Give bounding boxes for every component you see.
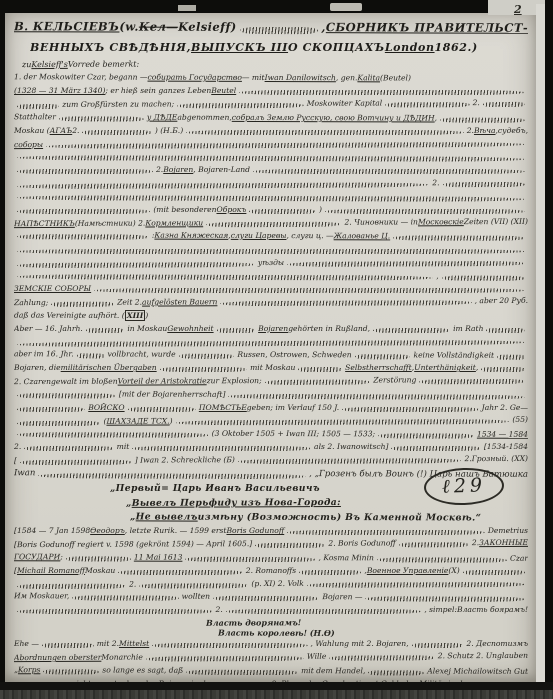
handwriting-text: Ѳеодоръ xyxy=(90,526,125,535)
handwriting-scrawl xyxy=(17,262,255,268)
handwriting-text: zum Großfürsten zu machen; xyxy=(62,100,174,109)
handwriting-text: 2. xyxy=(473,98,480,107)
handwriting-text: [1534-1584 xyxy=(484,442,528,451)
handwriting-text: Kelsieff's xyxy=(31,60,67,69)
handwriting-text: 2. Schutz 2. Unglauben xyxy=(438,651,528,660)
handwriting-text: „Первый= Царь Иванъ Васильевичъ xyxy=(110,483,320,494)
handwriting-scrawl xyxy=(342,407,479,412)
handwriting-text: Iwan xyxy=(14,468,35,478)
handwriting-text: 1862.) xyxy=(435,41,478,54)
handwriting-scrawl xyxy=(17,393,116,398)
handwriting-text: 2. xyxy=(467,126,474,135)
handwriting-text: militärischen Übergaben xyxy=(61,363,157,372)
handwriting-text: Московскіе xyxy=(418,217,464,226)
handwriting-text: (р. XI) 2. Volk xyxy=(251,579,304,588)
handwriting-text: Грозный xyxy=(472,454,507,463)
handwriting-scrawl xyxy=(412,643,464,648)
handwriting-text: В. КЕЛЬСІЕВЪ xyxy=(14,19,119,33)
handwriting-text: Им Moskauer, xyxy=(14,591,69,600)
handwriting-text: aber im 16. Jhr. xyxy=(14,349,74,358)
handwriting-text: daß das Vereinigte aufhört. ( xyxy=(14,311,125,320)
handwriting-text: АГАЪ xyxy=(50,126,73,135)
handwriting-scrawl xyxy=(82,130,151,135)
manuscript-line: [mit der Bojarenherrschaft] xyxy=(14,389,528,404)
manuscript-line: 2. Bojaren, Bojaren-Land xyxy=(14,165,528,178)
handwriting-scrawl xyxy=(213,596,319,601)
photo-right-edge xyxy=(545,0,553,699)
manuscript-line: 1. der Moskowiter Czar, begann — собират… xyxy=(14,72,528,87)
handwriting-scrawl xyxy=(378,433,474,438)
handwriting-text: Bojaren — xyxy=(322,592,362,601)
handwriting-scrawl xyxy=(17,209,150,214)
handwriting-text: , gen. xyxy=(336,73,358,82)
handwriting-text: , simpel: xyxy=(424,605,457,614)
handwriting-text: keine Vollständigkeit xyxy=(413,350,494,359)
handwriting-text: (w. xyxy=(119,20,138,34)
handwriting-scrawl xyxy=(393,236,525,241)
handwriting-text: Вѣча xyxy=(474,126,496,135)
handwriting-text: Ehe — xyxy=(14,639,39,648)
handwriting-text: Selbstherrschafft xyxy=(345,363,412,372)
handwriting-text: ГОСУДАРИ xyxy=(14,552,60,561)
handwriting-scrawl xyxy=(17,155,525,162)
manuscript-paper: В. КЕЛЬСІЕВЪ (w. Кел— Kelsieff) , СБОРНИ… xyxy=(5,13,536,682)
handwriting-text: 2. Чиновники — in xyxy=(344,217,418,226)
handwriting-text: Aber — 16. Jahrh. xyxy=(14,324,83,333)
handwriting-scrawl xyxy=(146,656,304,662)
handwriting-scrawl xyxy=(160,367,247,372)
handwriting-text: ) xyxy=(170,416,173,425)
handwriting-scrawl xyxy=(442,275,525,280)
handwriting-text: Moskowiter Kapital xyxy=(307,99,382,108)
handwriting-scrawl xyxy=(329,656,434,661)
manuscript-line: [] Iwan 2. Schreckliche (Б) 2. Грозный. … xyxy=(14,454,528,469)
handwriting-text: Demetrius xyxy=(488,526,528,535)
handwriting-scrawl xyxy=(483,102,525,107)
handwriting-text: (55) xyxy=(512,415,528,424)
manuscript-line: „Не вывелъ измѣну (Возможность) Въ Камен… xyxy=(130,511,528,527)
handwriting-text: О СКОПЦАХЪ xyxy=(288,41,385,54)
manuscript-line: 2. Czarengewalt im bloßen Vorteil der Ar… xyxy=(14,375,528,390)
manuscript-lines: В. КЕЛЬСІЕВЪ (w. Кел— Kelsieff) , СБОРНИ… xyxy=(14,20,528,692)
handwriting-text: , xyxy=(435,113,437,122)
handwriting-text: Военное Управленіе xyxy=(367,566,449,575)
manuscript-line: zum Großfürsten zu machen; Moskowiter Ka… xyxy=(14,98,528,113)
manuscript-line xyxy=(14,151,528,166)
handwriting-text: 2. xyxy=(464,455,471,464)
handwriting-text: Abordnungen oberster xyxy=(14,653,101,662)
handwriting-text: zu xyxy=(22,60,31,69)
handwriting-scrawl xyxy=(307,582,525,588)
handwriting-text: Жалованье Ц. xyxy=(334,231,391,240)
manuscript-line: Moskau (АГАЪ 2. ) (Н.Б.) 2. Вѣча, судебъ… xyxy=(14,126,528,139)
handwriting-text: Bojaren xyxy=(163,165,193,174)
handwriting-scrawl xyxy=(377,557,507,562)
handwriting-scrawl xyxy=(51,302,114,307)
handwriting-text: Unterthänigkeit xyxy=(414,363,476,372)
handwriting-text: Michail Romanoff xyxy=(17,566,85,575)
handwriting-scrawl xyxy=(217,328,256,333)
handwriting-text: Alexej Michailowitsch Gut xyxy=(427,666,528,675)
handwriting-text: abgenommen, xyxy=(177,112,231,121)
handwriting-text: Beutel xyxy=(211,86,236,95)
handwriting-text: Iwan Danilowitsch xyxy=(265,73,336,82)
handwriting-text: , letzte Rurik. — 1599 erst xyxy=(125,526,227,535)
handwriting-text: 2. xyxy=(216,605,223,614)
handwriting-text: Kalita xyxy=(357,73,380,82)
handwriting-scrawl xyxy=(265,380,371,385)
handwriting-scrawl xyxy=(486,328,525,333)
handwriting-scrawl xyxy=(118,570,243,575)
handwriting-scrawl xyxy=(298,367,342,372)
handwriting-text: СБОРНИКЪ ПРАВИТЕЛЬСТ- xyxy=(326,20,528,35)
handwriting-scrawl xyxy=(42,643,94,648)
handwriting-text: Власть дворянамъ! xyxy=(206,618,301,628)
handwriting-text: . (XX) xyxy=(506,454,528,463)
handwriting-text: Monarchie xyxy=(101,653,143,662)
photo-bottom-texture xyxy=(0,690,553,699)
handwriting-text: so lange es sagt, daß xyxy=(102,665,183,674)
manuscript-line: ВОЙСКО ПОМѢСТЬЕ geben; im Verlauf 150 J.… xyxy=(14,403,528,416)
handwriting-text: 11 Mai 1613 xyxy=(134,552,183,561)
handwriting-text: Czar xyxy=(510,553,528,562)
handwriting-text: (mit besonderen xyxy=(153,205,216,214)
handwriting-scrawl xyxy=(239,90,525,95)
handwriting-scrawl xyxy=(299,570,361,575)
manuscript-line: „Korps so lange es sagt, daß mit dem Han… xyxy=(14,665,528,680)
handwriting-text: ] Iwan 2. Schreckliche (Б) xyxy=(135,456,235,465)
handwriting-text: , xyxy=(436,271,438,280)
handwriting-text: ) xyxy=(319,205,322,214)
manuscript-line: Власть королевѣ! (Н.Ѳ) xyxy=(218,628,528,640)
handwriting-scrawl xyxy=(253,169,525,174)
handwriting-text: соборы xyxy=(14,140,43,149)
handwriting-scrawl xyxy=(443,181,525,186)
handwriting-scrawl xyxy=(77,353,105,358)
handwriting-text: aufgelösten Bauern xyxy=(142,297,217,306)
handwriting-text: ЗЕМСКІЕ СОБОРЫ xyxy=(14,284,91,293)
handwriting-text: , xyxy=(476,363,478,372)
handwriting-text: Boris Godunoff xyxy=(226,526,284,535)
handwriting-scrawl xyxy=(185,556,315,561)
handwriting-text: Wille xyxy=(307,652,326,661)
handwriting-scrawl xyxy=(17,421,100,426)
handwriting-text: wollten xyxy=(182,592,210,601)
handwriting-scrawl xyxy=(17,407,85,412)
handwriting-scrawl xyxy=(238,459,462,465)
handwriting-scrawl xyxy=(43,669,99,674)
handwriting-scrawl xyxy=(17,609,213,614)
handwriting-scrawl xyxy=(287,530,485,535)
handwriting-scrawl xyxy=(17,340,525,347)
handwriting-text: Оброкъ xyxy=(216,205,246,214)
handwriting-text: 2. xyxy=(72,126,79,135)
handwriting-text: Кормленщики xyxy=(145,218,203,227)
handwriting-text: собралъ Землю Русскую, свою Вотчину и ДѢ… xyxy=(232,112,435,122)
manuscript-line xyxy=(14,244,528,257)
handwriting-text: gehörten in Rußland, xyxy=(288,324,370,333)
handwriting-scrawl xyxy=(20,460,132,465)
handwriting-scrawl xyxy=(391,446,480,451)
handwriting-text: mit dem Handel, xyxy=(301,666,365,675)
manuscript-line: daß das Vereinigte aufhört. (XIII) xyxy=(14,310,261,324)
handwriting-scrawl xyxy=(186,669,298,674)
handwriting-scrawl xyxy=(46,142,525,149)
handwriting-scrawl xyxy=(17,195,525,202)
handwriting-scrawl xyxy=(17,432,209,438)
handwriting-scrawl xyxy=(385,103,469,108)
handwriting-text: [Boris Godunoff regiert v. 1598 (gekrönt… xyxy=(14,539,252,549)
handwriting-scrawl xyxy=(177,103,304,109)
handwriting-text: geben; im Verlauf 150 J. xyxy=(247,403,339,412)
handwriting-text: 1. der Moskowiter Czar, begann — xyxy=(14,72,148,81)
manuscript-line: ЗЕМСКІЕ СОБОРЫ xyxy=(14,284,528,297)
page-number: 2 xyxy=(514,3,522,16)
handwriting-text: , „ xyxy=(309,469,319,479)
manuscript-line xyxy=(14,191,528,206)
handwriting-text: — mit xyxy=(242,73,265,82)
handwriting-scrawl xyxy=(419,379,525,384)
handwriting-text: 2. Boris Godunoff xyxy=(328,539,395,548)
handwriting-text: , слуги ц. — xyxy=(286,231,333,240)
manuscript-line: (mit besonderen Оброкъ ) xyxy=(14,205,528,218)
handwriting-text: Moskau ( xyxy=(14,126,50,135)
handwriting-text: Кел— xyxy=(139,20,178,34)
handwriting-scrawl xyxy=(17,182,429,189)
handwriting-text: (Намѣстники) 2. xyxy=(75,219,146,228)
manuscript-line: ВЕННЫХЪ СВѢДѢНІЯ, ВЫПУСКЪ III О СКОПЦАХЪ… xyxy=(30,41,528,59)
handwriting-text: , Bojaren-Land xyxy=(193,165,250,174)
handwriting-scrawl xyxy=(226,609,422,614)
handwriting-text: London xyxy=(385,41,435,54)
handwriting-scrawl xyxy=(186,130,464,135)
photo-right-sliver xyxy=(536,4,545,694)
handwriting-scrawl xyxy=(249,209,316,214)
handwriting-text: (3 Oktober 1505 + Iwan III; 1505 — 1533; xyxy=(212,429,376,439)
handwriting-text: , aber 20 Руб. xyxy=(475,296,528,305)
handwriting-text: zur Explosion; xyxy=(207,376,262,385)
handwriting-scrawl xyxy=(66,556,131,561)
handwriting-text: измѣну (Возможность) Въ Каменной Москвѣ.… xyxy=(198,511,482,523)
handwriting-scrawl xyxy=(86,328,125,333)
handwriting-text: Вывелъ Перьфиду изъ Нова-Города: xyxy=(132,497,341,509)
handwriting-scrawl xyxy=(38,472,306,478)
handwriting-text: in Moskau xyxy=(127,324,167,333)
manuscript-line: [Michail Romanoff Moskau 2. Romanoffs , … xyxy=(14,566,528,579)
handwriting-scrawl xyxy=(179,354,235,359)
handwriting-text: Jahr 2. Ge— xyxy=(482,403,528,412)
handwriting-text: mit xyxy=(117,442,130,451)
handwriting-scrawl xyxy=(355,354,411,359)
handwriting-text: Bojaren xyxy=(258,324,288,333)
handwriting-text: XIII xyxy=(125,310,146,321)
photo-top-band xyxy=(0,0,553,13)
handwriting-scrawl xyxy=(17,235,149,240)
handwriting-scrawl xyxy=(220,300,471,306)
handwriting-scrawl xyxy=(399,543,469,548)
handwriting-scrawl xyxy=(24,446,113,451)
handwriting-text: Korps xyxy=(18,665,40,674)
handwriting-text: Kelsieff) xyxy=(178,20,237,34)
manuscript-line: (3 Oktober 1505 + Iwan III; 1505 — 1533;… xyxy=(14,428,528,443)
handwriting-text: ВОЙСКО xyxy=(88,403,124,412)
handwriting-scrawl xyxy=(240,27,319,34)
handwriting-text: Власть королевѣ! (Н.Ѳ) xyxy=(218,628,335,638)
handwriting-scrawl xyxy=(94,288,525,293)
handwriting-text: 2. xyxy=(14,442,21,451)
handwriting-text: vollbracht, wurde xyxy=(107,349,175,358)
handwriting-text: ; er hieß sein ganzes Leben xyxy=(105,86,211,95)
handwriting-scrawl xyxy=(497,355,525,360)
manuscript-line: Им Moskauer, wollten Bojaren — xyxy=(14,591,528,606)
handwriting-scrawl xyxy=(206,222,341,228)
handwriting-text: als 2. Iwanowitsch] xyxy=(314,442,388,451)
handwriting-text: im Rath xyxy=(453,324,483,333)
handwriting-text: Moskau xyxy=(85,566,115,575)
handwriting-scrawl xyxy=(440,117,525,122)
handwriting-text: (Beutel) xyxy=(380,73,411,82)
handwriting-scrawl xyxy=(368,670,424,675)
handwriting-scrawl xyxy=(128,407,196,412)
handwriting-scrawl xyxy=(365,596,525,602)
handwriting-text: [mit der Bojarenherrschaft] xyxy=(119,389,226,398)
handwriting-text: у ДѢДЕ xyxy=(147,112,178,121)
handwriting-scrawl xyxy=(139,583,248,588)
handwriting-text: судебъ, xyxy=(498,126,528,135)
film-notch-icon xyxy=(178,5,196,11)
handwriting-text: , Kosma Minin xyxy=(319,553,374,562)
handwriting-text: слуги Царевы xyxy=(231,231,287,240)
handwriting-text: ЗАКОННЫЕ xyxy=(479,538,528,547)
handwriting-text: ПОМѢСТЬЕ xyxy=(199,403,247,412)
manuscript-line: [Boris Godunoff regiert v. 1598 (gekrönt… xyxy=(14,538,528,553)
manuscript-line: Abordnungen oberster Monarchie Wille 2. … xyxy=(14,651,528,666)
handwriting-text: Казна Княжеская xyxy=(154,231,228,240)
handwriting-text: 2. Деспотизмъ xyxy=(466,639,528,648)
handwriting-text: Bojaren, die xyxy=(14,363,61,372)
handwriting-text: Statthalter xyxy=(14,112,56,121)
handwriting-scrawl xyxy=(17,169,153,174)
handwriting-text: 1534 — 1584 xyxy=(477,430,528,439)
handwriting-text: собирать Государство xyxy=(147,73,241,82)
handwriting-scrawl xyxy=(287,261,525,267)
handwriting-scrawl xyxy=(176,419,510,425)
handwriting-scrawl xyxy=(132,446,311,451)
handwriting-text: [1584 — 7 Jan 1598 xyxy=(14,526,90,535)
handwriting-scrawl xyxy=(228,393,525,399)
handwriting-text: 2. xyxy=(129,579,136,588)
handwriting-text: ) (Н.Б.) xyxy=(155,126,183,135)
handwriting-scrawl xyxy=(72,596,178,601)
handwriting-text: (1328 — 31 März 1340) xyxy=(14,86,105,95)
handwriting-scrawl xyxy=(255,543,325,548)
handwriting-scrawl xyxy=(463,570,525,575)
handwriting-scrawl xyxy=(481,367,525,372)
handwriting-text: Zeiten (VII) (XII) xyxy=(464,217,528,226)
handwriting-text: 2. Romanoffs xyxy=(246,566,296,575)
handwriting-text: mit 2. xyxy=(97,639,119,648)
handwriting-text: Zeit 2. xyxy=(117,298,142,307)
handwriting-text: уѣзды xyxy=(258,258,284,267)
handwriting-scrawl xyxy=(152,643,307,648)
manuscript-line: aber im 16. Jhr. vollbracht, wurde Russe… xyxy=(14,349,528,364)
manuscript-line: , xyxy=(14,270,528,285)
handwriting-scrawl xyxy=(17,274,433,280)
manuscript-line: Aber — 16. Jahrh. in Moskau Gewohnheit B… xyxy=(14,324,528,337)
handwriting-text: Gewohnheit xyxy=(167,324,213,333)
handwriting-text: mit Moskau xyxy=(250,363,295,372)
handwriting-scrawl xyxy=(17,104,59,109)
handwriting-text: Vorteil der Aristokratie xyxy=(118,377,207,386)
handwriting-text: Власть боярамъ! xyxy=(457,605,528,614)
handwriting-text: Zerstörung xyxy=(373,376,416,385)
handwriting-text: 2. Czarengewalt im bloßen xyxy=(14,377,118,386)
handwriting-text: Vorrede bemerkt: xyxy=(68,60,139,69)
handwriting-scrawl xyxy=(17,584,126,589)
handwriting-scrawl xyxy=(59,116,144,121)
handwriting-text: Russen, Ostrowen, Schweden xyxy=(237,350,351,359)
manuscript-line: : Казна Княжеская, слуги Царевы, слуги ц… xyxy=(14,230,528,245)
handwriting-text: Mittelst xyxy=(119,639,149,648)
manuscript-line: 2. , simpel: Власть боярамъ! xyxy=(14,605,528,617)
handwriting-text: ШАХЗАДЕ ТСХ. xyxy=(106,416,169,425)
handwriting-text: , Wahlung mit 2. Bojaren, xyxy=(311,639,409,648)
handwriting-text: Не вывелъ xyxy=(136,511,198,522)
handwriting-text: ) xyxy=(145,311,148,320)
handwriting-text: НАПѢСТНИКЪ xyxy=(14,219,75,228)
handwriting-text: 2. xyxy=(432,178,439,187)
handwriting-text: (X) xyxy=(448,566,459,575)
handwriting-text: Zahlung; xyxy=(14,298,48,307)
handwriting-text: ВЕННЫХЪ СВѢДѢНІЯ, xyxy=(30,41,191,54)
handwriting-text: [ xyxy=(14,457,17,466)
manuscript-line: Statthalter у ДѢДЕ abgenommen, собралъ З… xyxy=(14,112,528,127)
manuscript-line: ГОСУДАРИ; 11 Mai 1613 , Kosma Minin Czar xyxy=(14,552,528,567)
handwriting-scrawl xyxy=(325,209,525,214)
handwriting-text: 2. xyxy=(472,538,479,547)
handwriting-scrawl xyxy=(17,249,525,254)
handwriting-scrawl xyxy=(373,328,450,333)
film-notch-icon xyxy=(330,3,362,11)
manuscript-line: В. КЕЛЬСІЕВЪ (w. Кел— Kelsieff) , СБОРНИ… xyxy=(14,19,528,42)
handwriting-text: ; xyxy=(60,552,63,561)
handwriting-text: ВЫПУСКЪ III xyxy=(191,41,288,54)
